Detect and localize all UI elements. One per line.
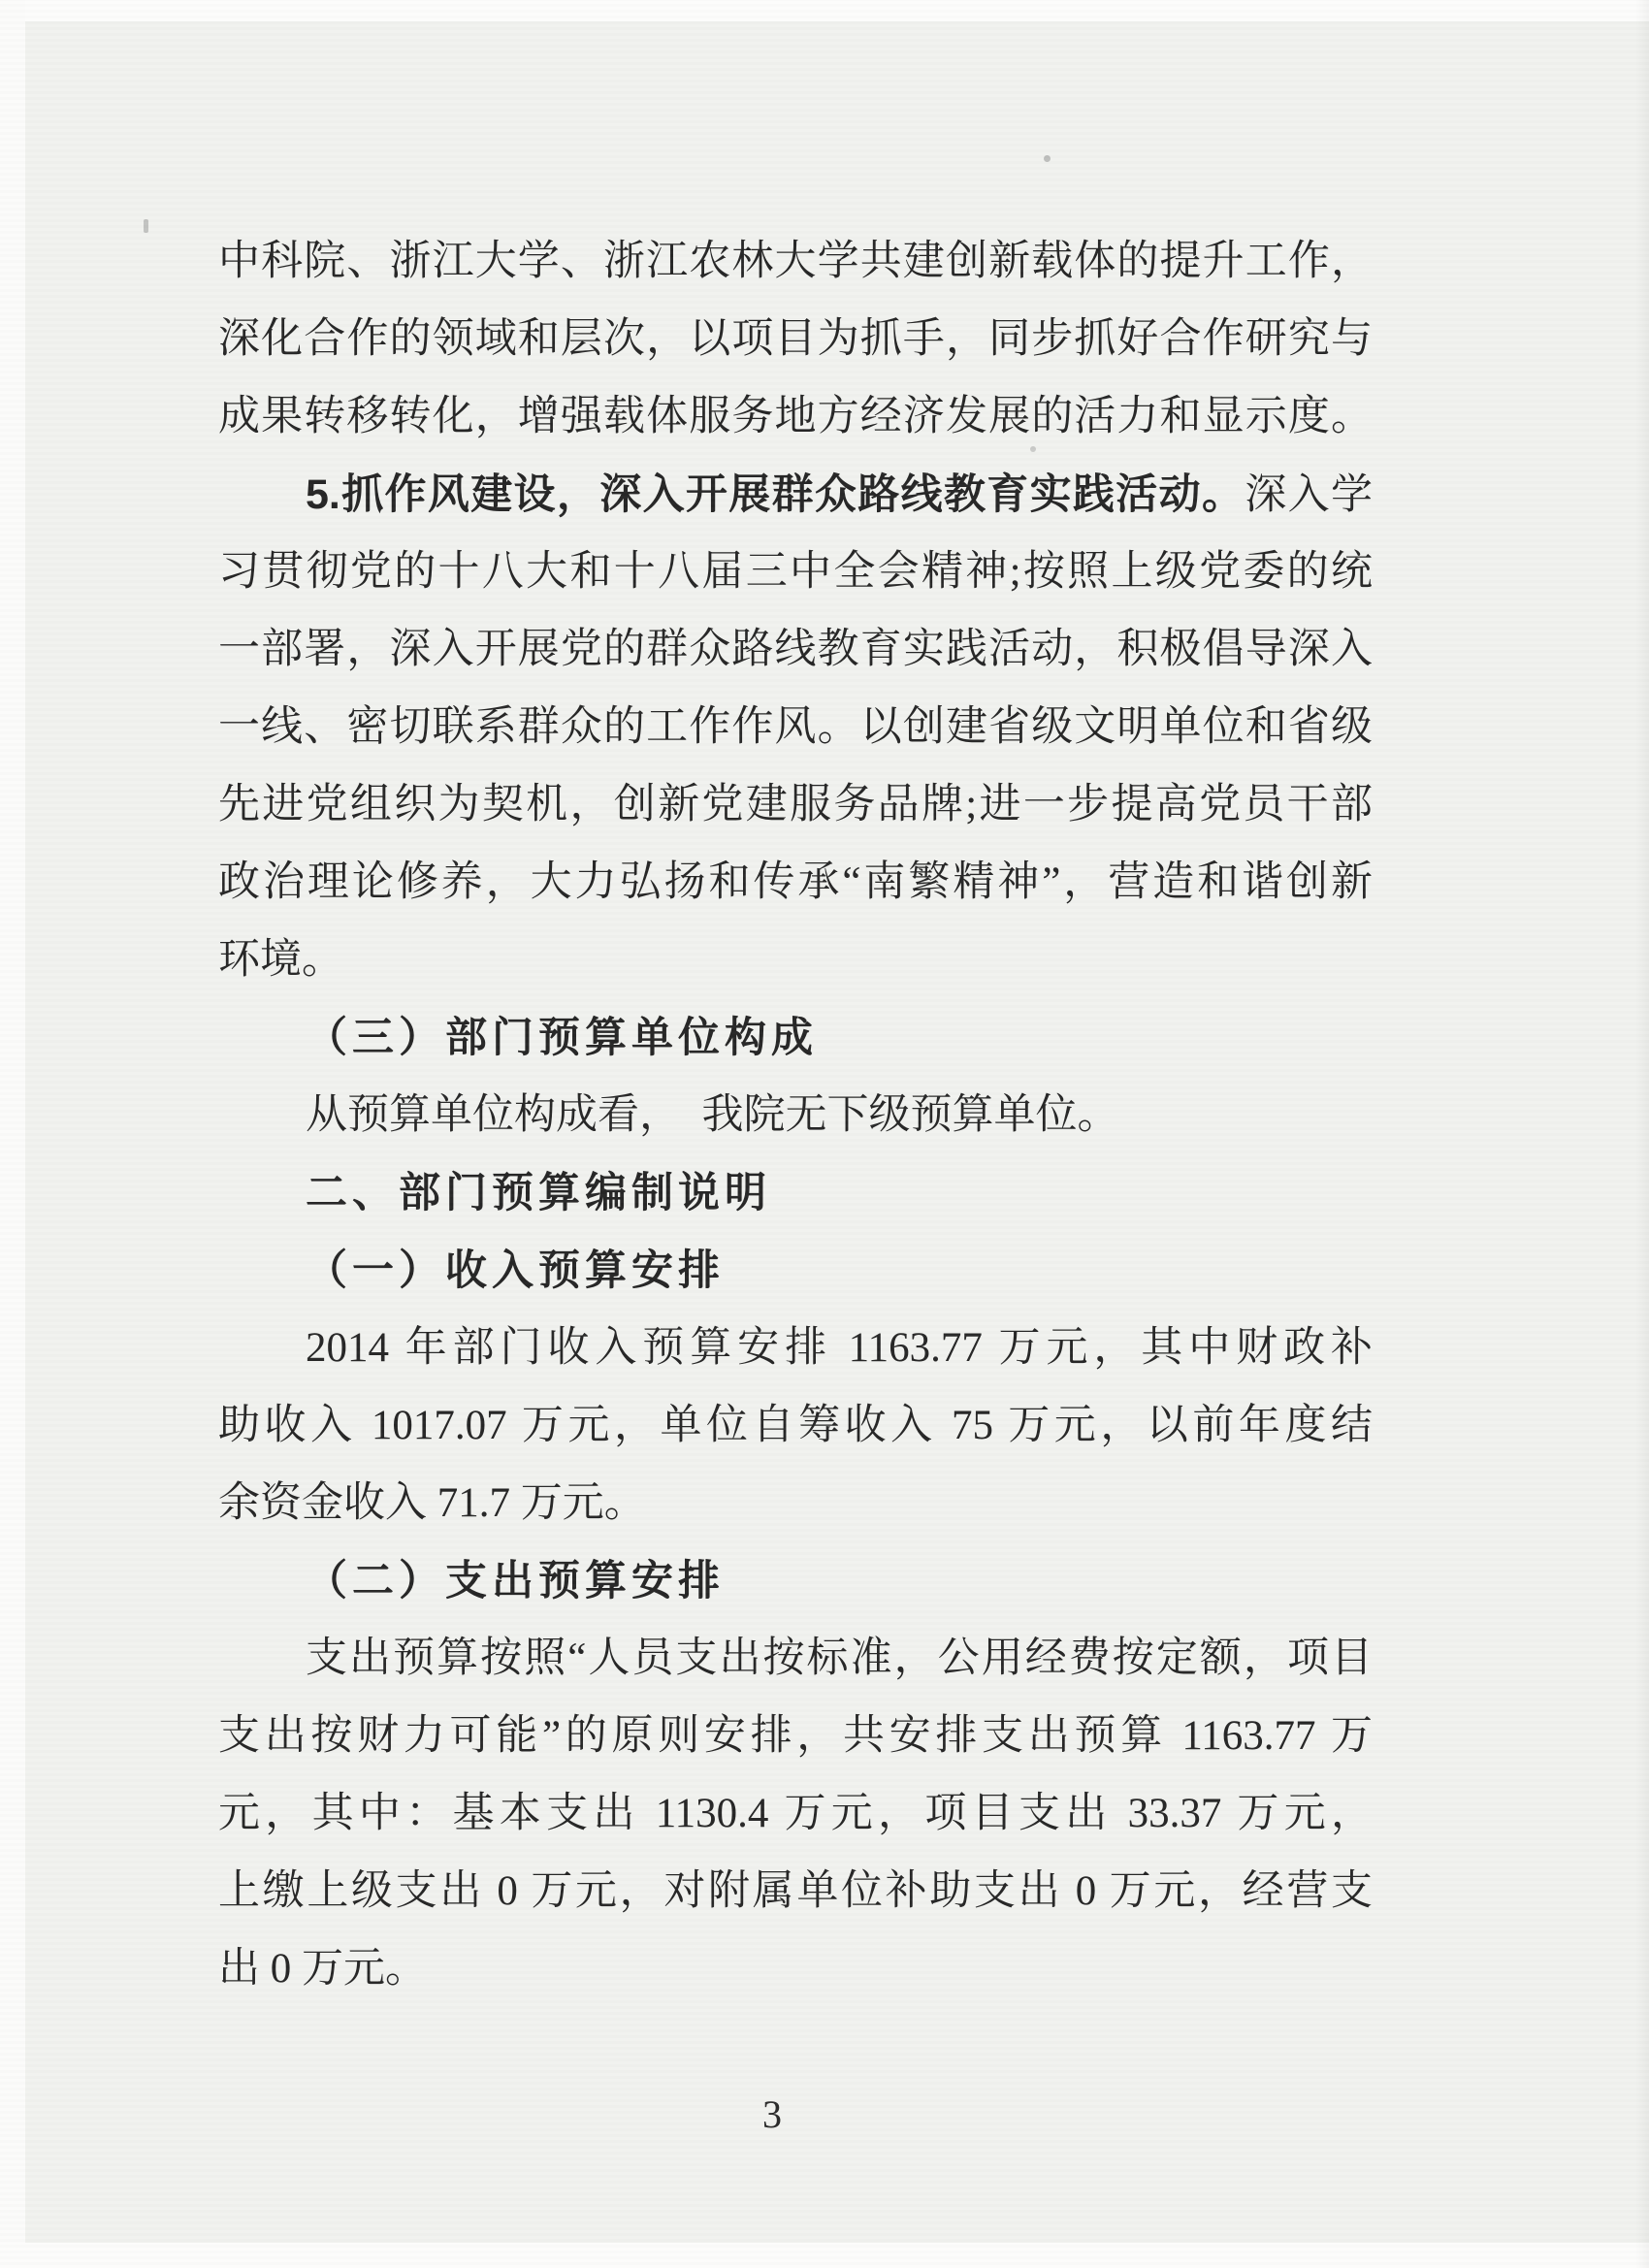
heading-text: （一）收入预算安排 bbox=[306, 1247, 725, 1294]
text-line-22: 上缴上级支出 0 万元，对附属单位补助支出 0 万元，经营支 bbox=[218, 1853, 1373, 1930]
text-line-2: 深化合作的领域和层次，以项目为抓手，同步抓好合作研究与 bbox=[218, 301, 1373, 378]
scan-speck bbox=[144, 219, 148, 233]
line-text: 深入学 bbox=[1245, 472, 1373, 518]
text-block: 中科院、浙江大学、浙江农林大学共建创新载体的提升工作， 深化合作的领域和层次，以… bbox=[218, 223, 1373, 2008]
line-text: 先进党组织为契机，创新党建服务品牌;进一步提高党员干部 bbox=[218, 782, 1373, 827]
text-line-16: 助收入 1017.07 万元，单位自筹收入 75 万元，以前年度结 bbox=[218, 1387, 1373, 1465]
text-line-1: 中科院、浙江大学、浙江农林大学共建创新载体的提升工作， bbox=[218, 223, 1373, 301]
line-text: 支出按财力可能”的原则安排，共安排支出预算 1163.77 万 bbox=[218, 1713, 1373, 1759]
text-line-7: 一线、密切联系群众的工作作风。以创建省级文明单位和省级 bbox=[218, 689, 1373, 766]
line-text: 一线、密切联系群众的工作作风。以创建省级文明单位和省级 bbox=[218, 704, 1373, 750]
text-line-21: 元，其中：基本支出 1130.4 万元，项目支出 33.37 万元， bbox=[218, 1775, 1373, 1853]
text-line-4: 5.抓作风建设，深入开展群众路线教育实践活动。深入学 bbox=[218, 456, 1373, 534]
section-heading-income: （一）收入预算安排 bbox=[218, 1232, 1373, 1310]
scan-edge-left bbox=[0, 0, 25, 2268]
text-line-6: 一部署，深入开展党的群众路线教育实践活动，积极倡导深入 bbox=[218, 611, 1373, 689]
line-text: 元，其中：基本支出 1130.4 万元，项目支出 33.37 万元， bbox=[218, 1791, 1373, 1836]
line-text: 上缴上级支出 0 万元，对附属单位补助支出 0 万元，经营支 bbox=[218, 1868, 1373, 1914]
section-heading-2: 二、部门预算编制说明 bbox=[218, 1154, 1373, 1232]
section-heading-expense: （二）支出预算安排 bbox=[218, 1542, 1373, 1620]
line-text: 2014 年部门收入预算安排 1163.77 万元，其中财政补 bbox=[306, 1325, 1373, 1371]
heading-lead-bold: 5.抓作风建设，深入开展群众路线教育实践活动。 bbox=[306, 471, 1245, 518]
line-text: 环境。 bbox=[218, 937, 343, 983]
text-line-20: 支出按财力可能”的原则安排，共安排支出预算 1163.77 万 bbox=[218, 1698, 1373, 1775]
line-text: 习贯彻党的十八大和十八届三中全会精神;按照上级党委的统 bbox=[218, 549, 1373, 595]
scan-edge-right bbox=[1635, 0, 1649, 2268]
scan-speck bbox=[1044, 155, 1051, 162]
line-text: 中科院、浙江大学、浙江农林大学共建创新载体的提升工作， bbox=[218, 239, 1373, 284]
scan-speck bbox=[1030, 446, 1036, 452]
line-text: 政治理论修养，大力弘扬和传承“南繁精神”，营造和谐创新 bbox=[218, 859, 1373, 905]
scan-edge-top bbox=[0, 0, 1649, 21]
heading-text: （二）支出预算安排 bbox=[306, 1558, 725, 1604]
line-text: 深化合作的领域和层次，以项目为抓手，同步抓好合作研究与 bbox=[218, 316, 1373, 362]
scan-edge-bottom bbox=[0, 2243, 1649, 2268]
line-text: 助收入 1017.07 万元，单位自筹收入 75 万元，以前年度结 bbox=[218, 1403, 1373, 1448]
heading-text: （三）部门预算单位构成 bbox=[306, 1015, 818, 1061]
heading-text: 二、部门预算编制说明 bbox=[306, 1170, 771, 1216]
text-line-10: 环境。 bbox=[218, 922, 1373, 999]
page-number: 3 bbox=[762, 2086, 782, 2144]
line-text: 成果转移转化，增强载体服务地方经济发展的活力和显示度。 bbox=[218, 394, 1373, 439]
document-page: 中科院、浙江大学、浙江农林大学共建创新载体的提升工作， 深化合作的领域和层次，以… bbox=[0, 0, 1649, 2268]
line-text: 余资金收入 71.7 万元。 bbox=[218, 1480, 646, 1526]
text-line-12: 从预算单位构成看， 我院无下级预算单位。 bbox=[218, 1077, 1373, 1154]
text-line-17: 余资金收入 71.7 万元。 bbox=[218, 1465, 1373, 1542]
text-line-3: 成果转移转化，增强载体服务地方经济发展的活力和显示度。 bbox=[218, 378, 1373, 456]
line-text: 出 0 万元。 bbox=[218, 1946, 427, 1992]
text-line-8: 先进党组织为契机，创新党建服务品牌;进一步提高党员干部 bbox=[218, 766, 1373, 844]
text-line-15: 2014 年部门收入预算安排 1163.77 万元，其中财政补 bbox=[218, 1310, 1373, 1387]
text-line-9: 政治理论修养，大力弘扬和传承“南繁精神”，营造和谐创新 bbox=[218, 844, 1373, 922]
text-line-5: 习贯彻党的十八大和十八届三中全会精神;按照上级党委的统 bbox=[218, 534, 1373, 611]
section-heading-3: （三）部门预算单位构成 bbox=[218, 999, 1373, 1077]
line-text: 一部署，深入开展党的群众路线教育实践活动，积极倡导深入 bbox=[218, 627, 1373, 672]
line-text: 从预算单位构成看， 我院无下级预算单位。 bbox=[306, 1092, 1119, 1138]
line-text: 支出预算按照“人员支出按标准，公用经费按定额，项目 bbox=[306, 1636, 1373, 1681]
text-line-23: 出 0 万元。 bbox=[218, 1930, 1373, 2008]
text-line-19: 支出预算按照“人员支出按标准，公用经费按定额，项目 bbox=[218, 1620, 1373, 1698]
